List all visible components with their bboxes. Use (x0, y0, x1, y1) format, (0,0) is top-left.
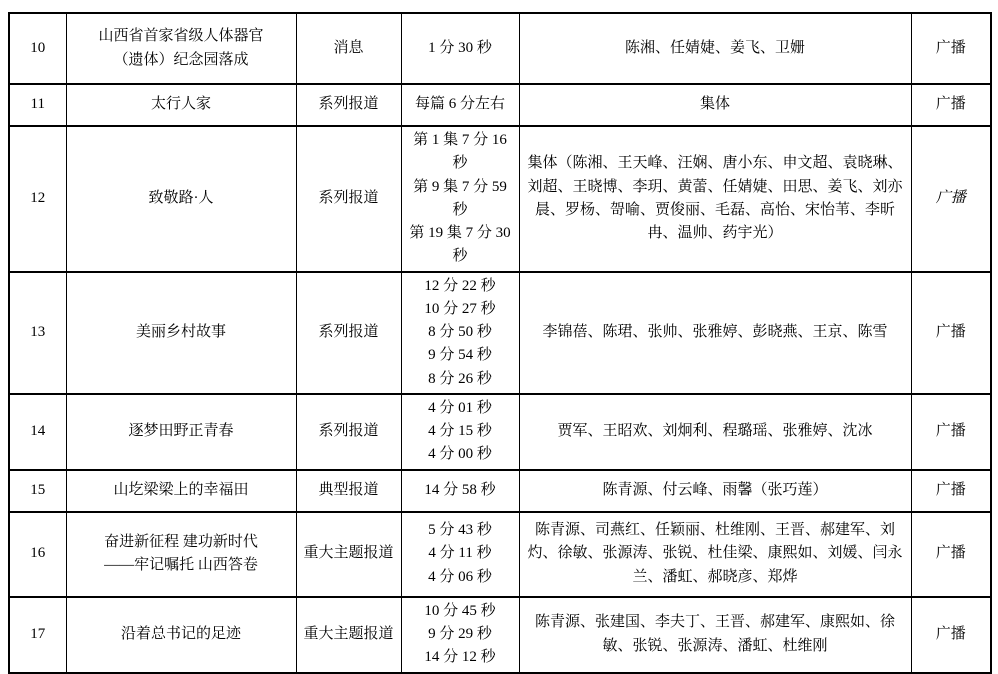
cell-medium: 广播 (911, 394, 991, 470)
cell-people: 集体（陈湘、王天峰、汪娴、唐小东、申文超、袁晓琳、刘超、王晓博、李玥、黄蕾、任婧… (519, 126, 911, 272)
cell-report-type: 系列报道 (296, 126, 401, 272)
cell-program-title: 致敬路·人 (66, 126, 296, 272)
cell-medium: 广播 (911, 470, 991, 512)
cell-report-type: 系列报道 (296, 84, 401, 126)
cell-report-type: 系列报道 (296, 272, 401, 394)
cell-program-title: 太行人家 (66, 84, 296, 126)
cell-row-number: 14 (9, 394, 66, 470)
program-table-container: 10 山西省首家省级人体器官 （遗体）纪念园落成 消息 1 分 30 秒 陈湘、… (8, 12, 992, 578)
table-row: 14 逐梦田野正青春 系列报道 4 分 01 秒 4 分 15 秒 4 分 00… (9, 394, 991, 470)
table-row: 16 奋进新征程 建功新时代 ——牢记嘱托 山西答卷 重大主题报道 5 分 43… (9, 512, 991, 579)
cell-report-type: 消息 (296, 13, 401, 84)
cell-duration: 14 分 58 秒 (401, 470, 519, 512)
cell-row-number: 12 (9, 126, 66, 272)
cell-medium: 广播 (911, 84, 991, 126)
cell-duration: 12 分 22 秒 10 分 27 秒 8 分 50 秒 9 分 54 秒 8 … (401, 272, 519, 394)
cell-row-number: 15 (9, 470, 66, 512)
cell-medium: 广播 (911, 126, 991, 272)
cell-medium: 广播 (911, 13, 991, 84)
cell-row-number: 16 (9, 512, 66, 579)
cell-report-type: 典型报道 (296, 470, 401, 512)
table-row: 12 致敬路·人 系列报道 第 1 集 7 分 16 秒 第 9 集 7 分 5… (9, 126, 991, 272)
cell-people: 陈湘、任婧婕、姜飞、卫姗 (519, 13, 911, 84)
cell-duration: 第 1 集 7 分 16 秒 第 9 集 7 分 59 秒 第 19 集 7 分… (401, 126, 519, 272)
cell-row-number: 11 (9, 84, 66, 126)
cell-program-title: 山西省首家省级人体器官 （遗体）纪念园落成 (66, 13, 296, 84)
cell-report-type: 重大主题报道 (296, 512, 401, 579)
cell-program-title: 奋进新征程 建功新时代 ——牢记嘱托 山西答卷 (66, 512, 296, 579)
cell-program-title: 美丽乡村故事 (66, 272, 296, 394)
cell-duration: 每篇 6 分左右 (401, 84, 519, 126)
program-award-table: 10 山西省首家省级人体器官 （遗体）纪念园落成 消息 1 分 30 秒 陈湘、… (8, 12, 992, 578)
cell-people: 陈青源、付云峰、雨馨（张巧莲） (519, 470, 911, 512)
cell-people: 集体 (519, 84, 911, 126)
cell-duration: 5 分 43 秒 4 分 11 秒 4 分 06 秒 (401, 512, 519, 579)
cell-row-number: 13 (9, 272, 66, 394)
cell-medium: 广播 (911, 512, 991, 579)
cell-report-type: 系列报道 (296, 394, 401, 470)
table-row: 10 山西省首家省级人体器官 （遗体）纪念园落成 消息 1 分 30 秒 陈湘、… (9, 13, 991, 84)
table-row: 11 太行人家 系列报道 每篇 6 分左右 集体 广播 (9, 84, 991, 126)
cell-duration: 1 分 30 秒 (401, 13, 519, 84)
table-row: 13 美丽乡村故事 系列报道 12 分 22 秒 10 分 27 秒 8 分 5… (9, 272, 991, 394)
cell-program-title: 山圪梁梁上的幸福田 (66, 470, 296, 512)
cell-duration: 4 分 01 秒 4 分 15 秒 4 分 00 秒 (401, 394, 519, 470)
cell-medium: 广播 (911, 272, 991, 394)
cell-people: 贾军、王昭欢、刘炯利、程璐瑶、张雅婷、沈冰 (519, 394, 911, 470)
table-row: 15 山圪梁梁上的幸福田 典型报道 14 分 58 秒 陈青源、付云峰、雨馨（张… (9, 470, 991, 512)
cell-program-title: 逐梦田野正青春 (66, 394, 296, 470)
cell-people: 李锦蓓、陈珺、张帅、张雅婷、彭晓燕、王京、陈雪 (519, 272, 911, 394)
cell-row-number: 10 (9, 13, 66, 84)
cell-people: 陈青源、司燕红、任颖丽、杜维刚、王晋、郝建军、刘灼、徐敏、张源涛、张锐、杜佳梁、… (519, 512, 911, 579)
